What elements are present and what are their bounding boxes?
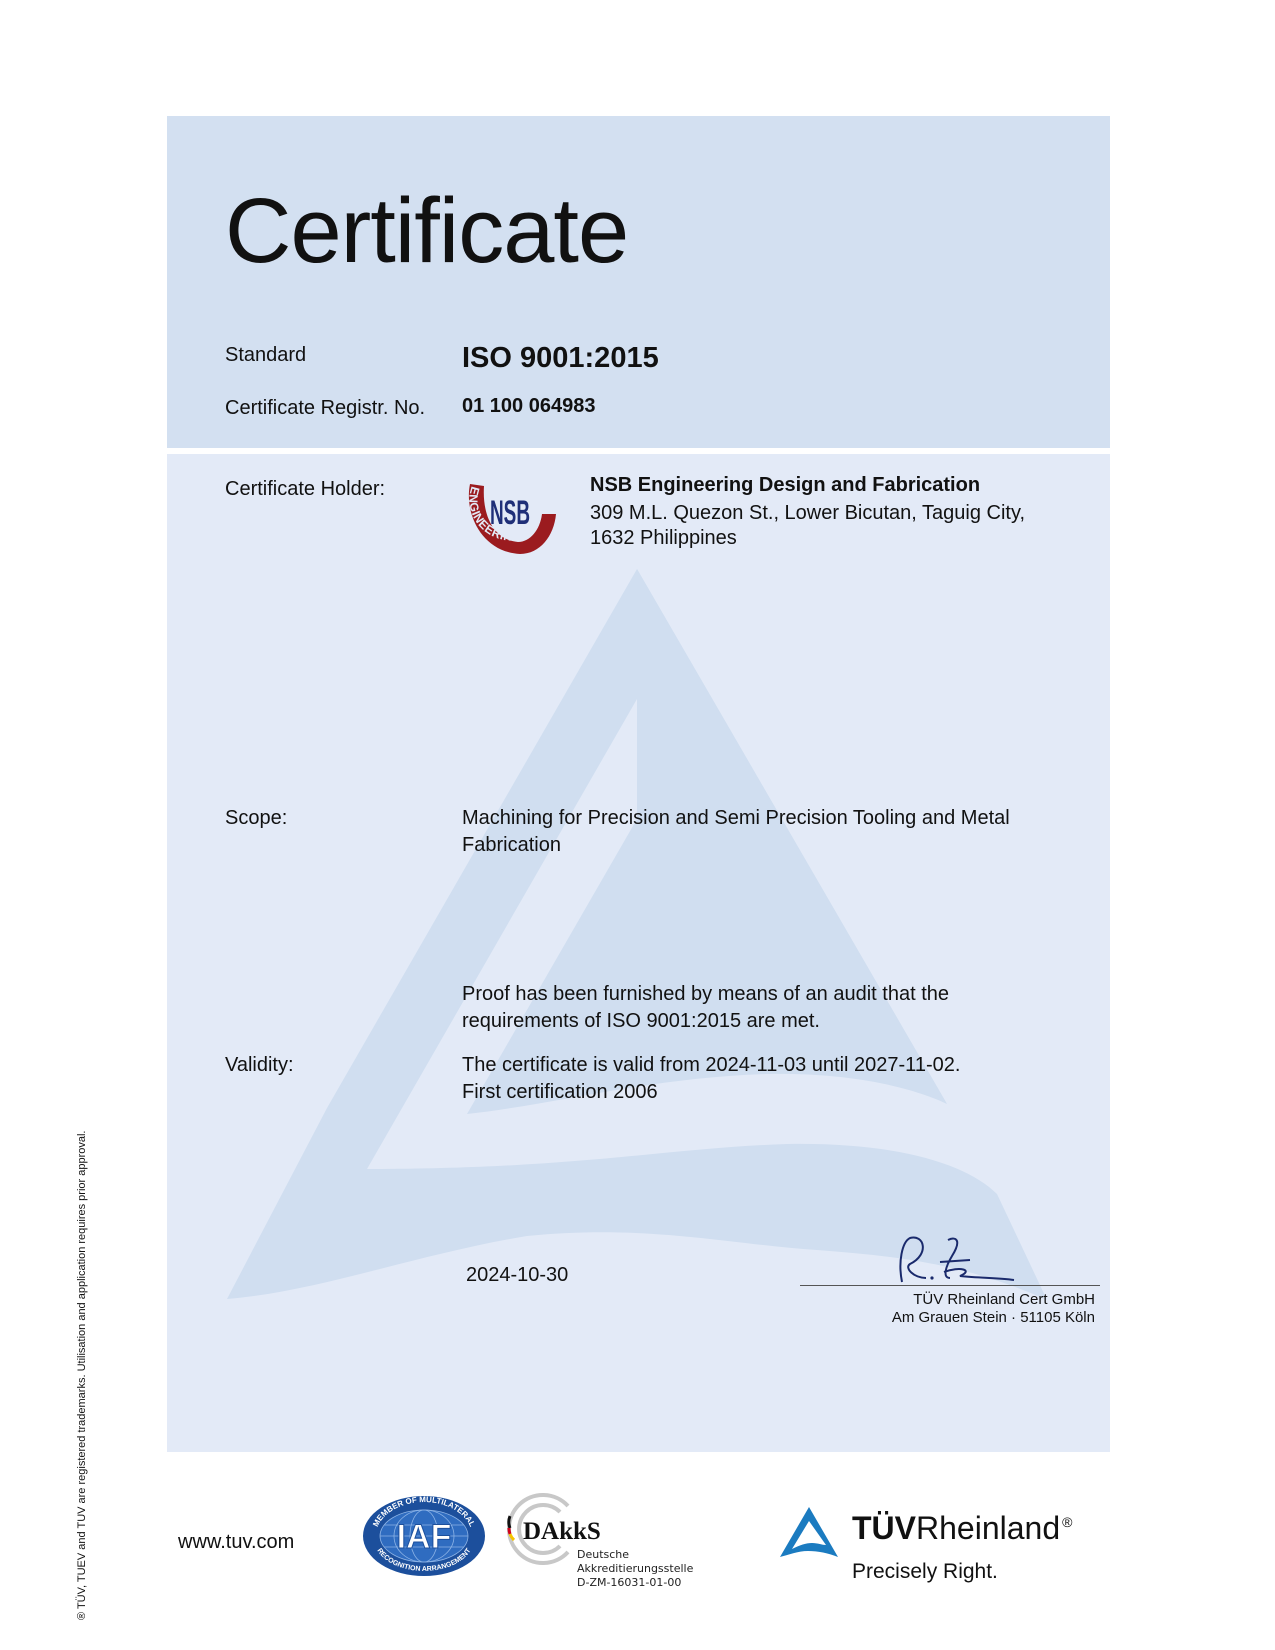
tuv-brand-regular: Rheinland: [916, 1510, 1060, 1546]
registration-number: 01 100 064983: [462, 395, 595, 418]
tuv-website-link[interactable]: www.tuv.com: [178, 1531, 294, 1554]
standard-value: ISO 9001:2015: [462, 342, 659, 375]
issuer-address: Am Grauen Stein · 51105 Köln: [892, 1309, 1095, 1327]
holder-label: Certificate Holder:: [225, 476, 385, 502]
standard-label: Standard: [225, 342, 306, 368]
proof-line2: requirements of ISO 9001:2015 are met.: [462, 1008, 820, 1034]
registration-label: Certificate Registr. No.: [225, 395, 425, 421]
signature-line: [800, 1285, 1100, 1286]
dakks-line1: Deutsche: [577, 1548, 629, 1562]
svg-text:IAF: IAF: [397, 1518, 452, 1556]
trademark-notice: ® TÜV, TUEV and TUV are registered trade…: [76, 1131, 88, 1621]
proof-line1: Proof has been furnished by means of an …: [462, 981, 949, 1007]
tuv-triangle-logo-icon: [778, 1505, 840, 1559]
tuv-brand-bold: TÜV: [852, 1510, 916, 1546]
iaf-logo-icon: IAF MEMBER OF MULTILATERAL RECOGNITION A…: [362, 1495, 486, 1577]
validity-line1: The certificate is valid from 2024-11-03…: [462, 1052, 960, 1078]
dakks-name: DAkkS: [523, 1518, 601, 1546]
scope-line1: Machining for Precision and Semi Precisi…: [462, 805, 1010, 831]
scope-line2: Fabrication: [462, 832, 561, 858]
validity-line2: First certification 2006: [462, 1079, 658, 1105]
holder-address-line1: 309 M.L. Quezon St., Lower Bicutan, Tagu…: [590, 500, 1025, 526]
issuer-name: TÜV Rheinland Cert GmbH: [913, 1291, 1095, 1309]
tuv-slogan: Precisely Right.: [852, 1560, 998, 1584]
issue-date: 2024-10-30: [466, 1262, 568, 1288]
holder-address-line2: 1632 Philippines: [590, 525, 737, 551]
dakks-accreditation-number: D-ZM-16031-01-00: [577, 1576, 681, 1590]
certificate-title: Certificate: [225, 185, 628, 277]
scope-label: Scope:: [225, 805, 287, 831]
holder-name: NSB Engineering Design and Fabrication: [590, 474, 980, 497]
nsb-engineering-logo-icon: NSB ENGINEERING: [462, 474, 558, 558]
registered-mark: ®: [1062, 1514, 1072, 1530]
dakks-line2: Akkreditierungsstelle: [577, 1562, 693, 1576]
signature-icon: [890, 1232, 1020, 1290]
validity-label: Validity:: [225, 1052, 294, 1078]
tuv-rheinland-brand: TÜVRheinland®: [852, 1510, 1072, 1547]
